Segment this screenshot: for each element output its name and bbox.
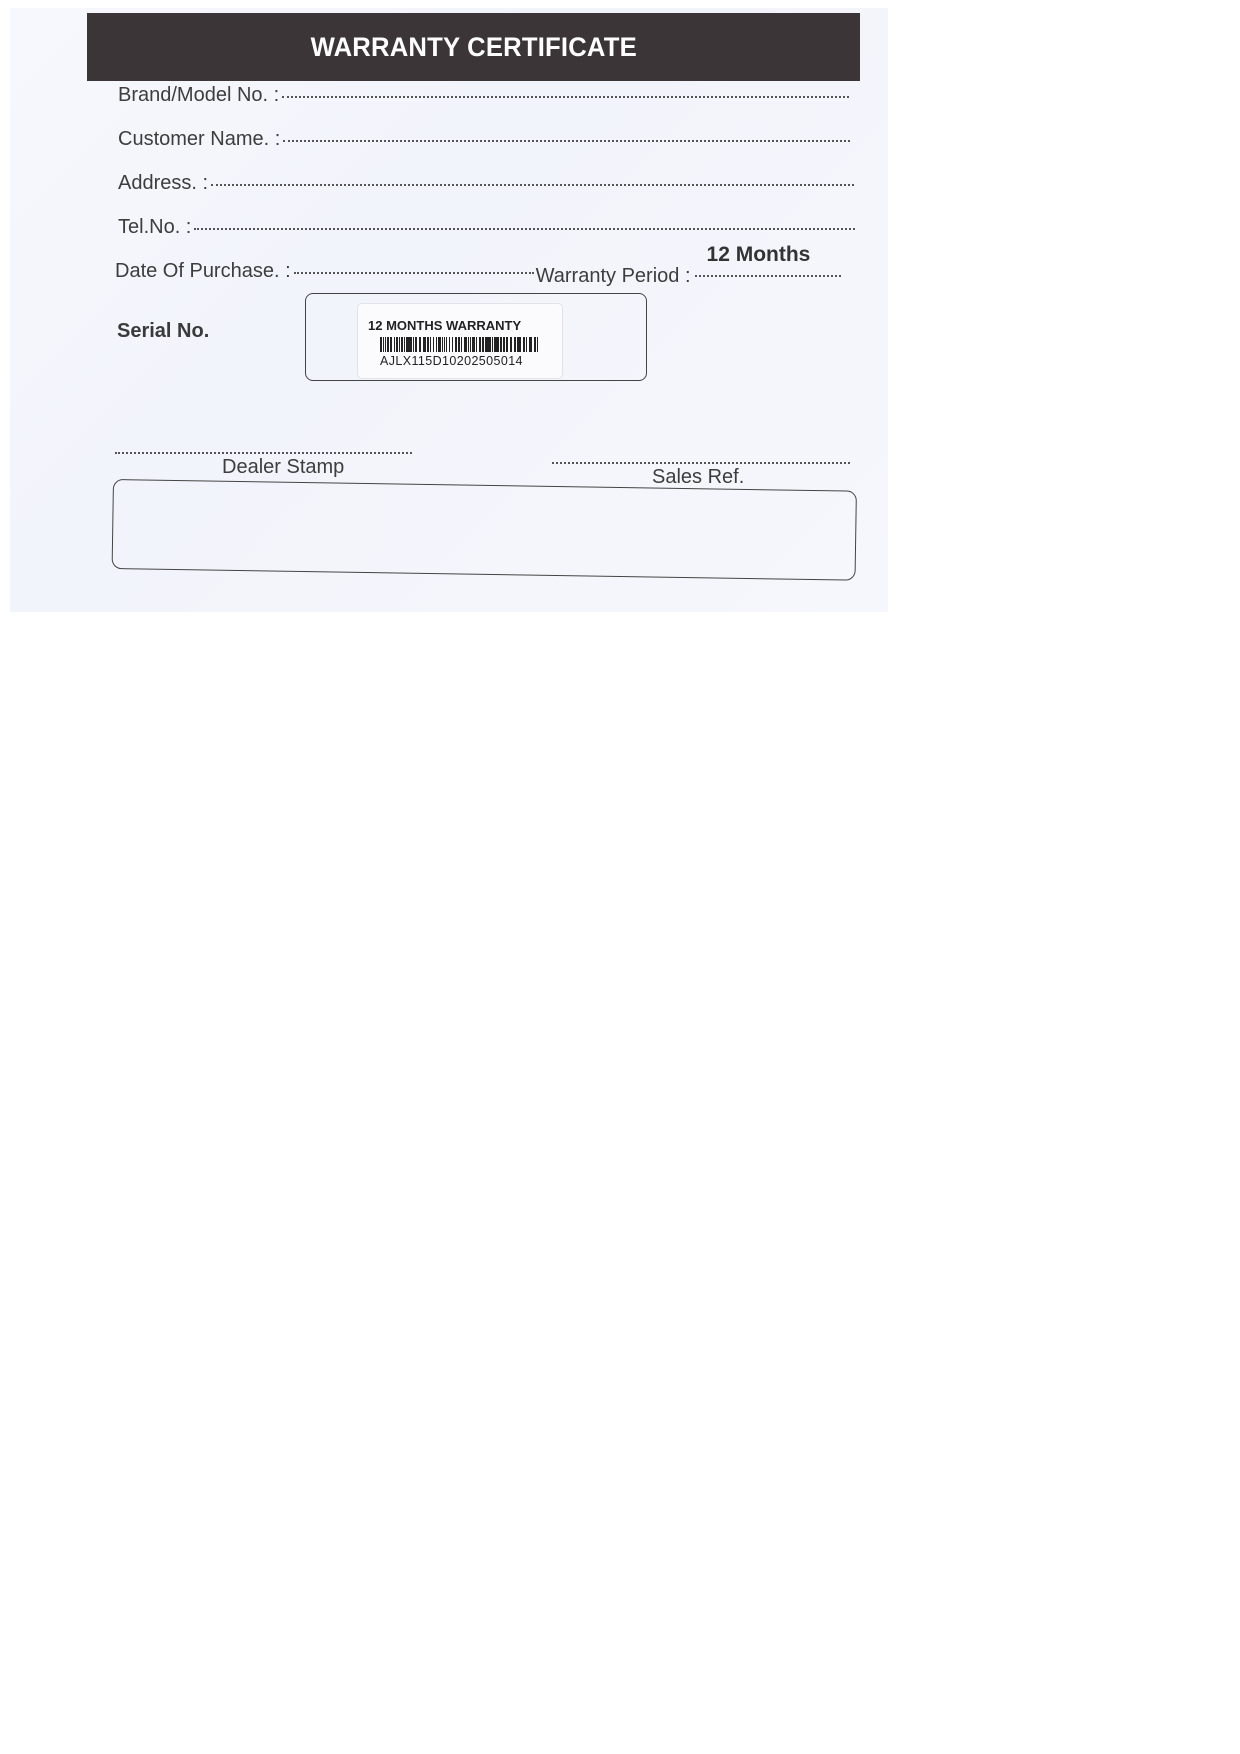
barcode-icon — [380, 337, 540, 352]
stamp-area-box[interactable] — [112, 479, 857, 581]
brand-model-row: Brand/Model No. : — [118, 84, 849, 107]
address-field[interactable] — [211, 184, 854, 186]
warranty-period-label: Warranty Period : — [536, 265, 691, 288]
brand-model-label: Brand/Model No. : — [118, 84, 279, 107]
sticker-title: 12 MONTHS WARRANTY — [368, 318, 521, 333]
certificate-header: WARRANTY CERTIFICATE — [87, 13, 860, 81]
tel-no-label: Tel.No. : — [118, 216, 191, 239]
address-label: Address. : — [118, 172, 208, 195]
brand-model-field[interactable] — [282, 96, 849, 98]
dealer-stamp-line[interactable] — [115, 452, 412, 454]
customer-name-label: Customer Name. : — [118, 128, 280, 151]
date-of-purchase-label: Date Of Purchase. : — [115, 260, 291, 283]
date-warranty-row: Date Of Purchase. : Warranty Period : 12… — [115, 260, 841, 283]
date-of-purchase-field[interactable] — [294, 272, 534, 274]
tel-no-row: Tel.No. : — [118, 216, 855, 239]
serial-no-label: Serial No. — [117, 320, 209, 343]
warranty-period-value: 12 Months — [707, 243, 811, 267]
customer-name-row: Customer Name. : — [118, 128, 850, 151]
warranty-period-field[interactable]: 12 Months — [695, 263, 841, 286]
dealer-stamp-label: Dealer Stamp — [222, 456, 344, 479]
address-row: Address. : — [118, 172, 854, 195]
serial-sticker: 12 MONTHS WARRANTY AJLX115D10202505014 — [357, 303, 563, 379]
warranty-period-dots — [695, 275, 841, 277]
customer-name-field[interactable] — [283, 140, 850, 142]
certificate-title: WARRANTY CERTIFICATE — [310, 32, 636, 63]
tel-no-field[interactable] — [194, 228, 855, 230]
serial-code: AJLX115D10202505014 — [380, 354, 523, 368]
sales-ref-label: Sales Ref. — [652, 466, 744, 489]
sales-ref-line[interactable] — [552, 462, 850, 464]
